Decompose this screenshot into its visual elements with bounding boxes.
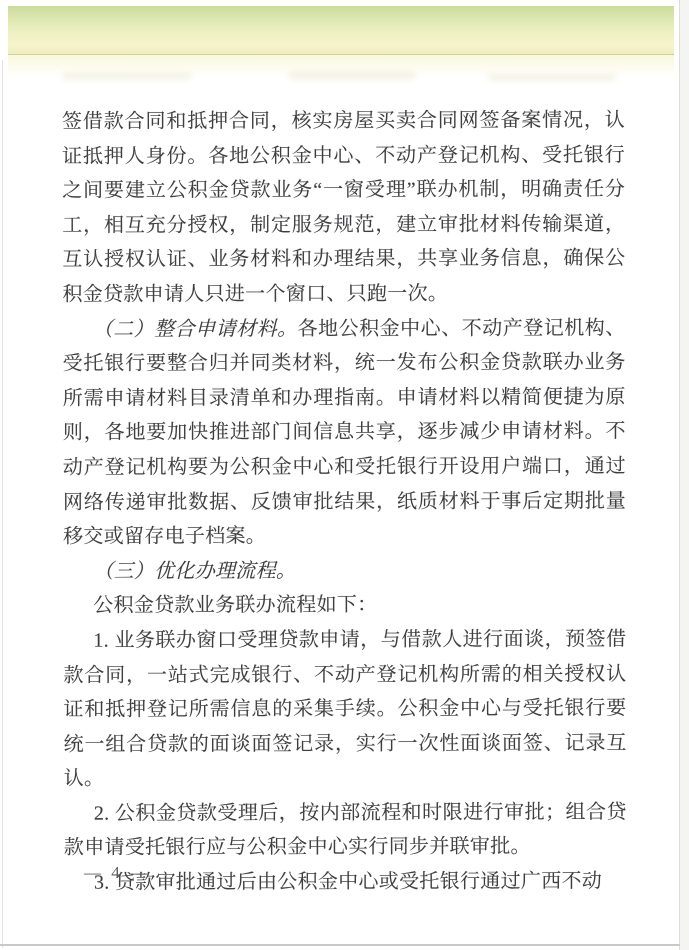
document-body: 签借款合同和抵押合同，核实房屋买卖合同网签备案情况，认证抵押人身份。各地公积金中… bbox=[62, 103, 627, 900]
paragraph-clause-2: （二）整合申请材料。各地公积金中心、不动产登记机构、受托银行要整合归并同类材料，… bbox=[63, 311, 627, 555]
clause-2-text: 各地公积金中心、不动产登记机构、受托银行要整合归并同类材料，统一发布公积金贷款联… bbox=[63, 317, 626, 548]
page-number: — 4 — bbox=[84, 863, 150, 883]
scan-bleed-artifact bbox=[288, 72, 416, 80]
letterhead-gradient-band bbox=[8, 6, 674, 55]
page-bottom-edge bbox=[0, 944, 680, 946]
list-item-step-2: 2. 公积金贷款受理后，按内部流程和时限进行审批；组合贷款申请受托银行应与公积金… bbox=[64, 795, 627, 866]
clause-3-heading: （三）优化办理流程。 bbox=[63, 553, 626, 589]
clause-2-heading: （二）整合申请材料。 bbox=[93, 318, 298, 341]
list-item-step-1: 1. 业务联办窗口受理贷款申请，与借款人进行面谈，预签借款合同，一站式完成银行、… bbox=[63, 622, 626, 796]
scan-bleed-artifact bbox=[62, 73, 192, 80]
page-right-edge bbox=[679, 0, 689, 950]
scanned-document-page: 签借款合同和抵押合同，核实房屋买卖合同网签备案情况，认证抵押人身份。各地公积金中… bbox=[0, 0, 689, 950]
scan-bleed-artifact bbox=[488, 74, 616, 81]
paragraph-process-intro: 公积金贷款业务联办流程如下： bbox=[63, 588, 626, 624]
paragraph-continuation: 签借款合同和抵押合同，核实房屋买卖合同网签备案情况，认证抵押人身份。各地公积金中… bbox=[62, 103, 626, 312]
page-left-edge bbox=[2, 60, 3, 948]
